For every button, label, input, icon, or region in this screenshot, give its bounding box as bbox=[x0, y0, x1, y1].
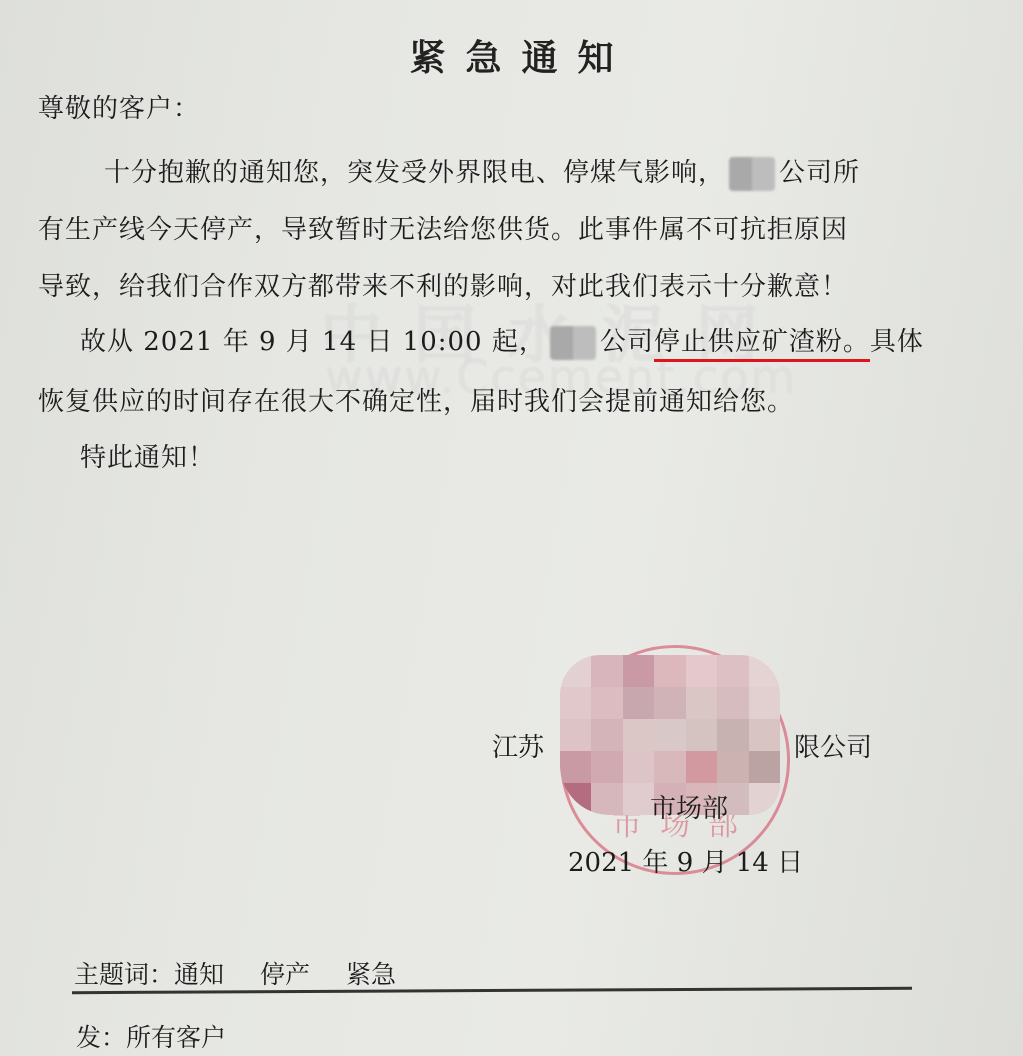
company-suffix: 限公司 bbox=[794, 733, 872, 763]
recipient-label: 发： bbox=[76, 1023, 126, 1052]
subject-keywords: 主题词：通知 停产 紧急 bbox=[74, 955, 396, 991]
salutation: 尊敬的客户： bbox=[38, 92, 200, 126]
signature-company: 江苏限公司 bbox=[492, 727, 872, 764]
paragraph-1-text-tail: 公司所 bbox=[779, 158, 860, 188]
keywords-label: 主题词： bbox=[74, 960, 174, 989]
notice-title: 紧急通知 bbox=[0, 30, 1023, 81]
paragraph-1-line-1: 十分抱歉的通知您，突发受外界限电、停煤气影响，公司所 bbox=[104, 156, 860, 191]
company-prefix: 江苏 bbox=[492, 733, 544, 763]
paragraph-1-line-2: 有生产线今天停产，导致暂时无法给您供货。此事件属不可抗拒原因 bbox=[38, 213, 848, 247]
paragraph-2-line-1: 故从 2021 年 9 月 14 日 10:00 起，公司停止供应矿渣粉。具体 bbox=[80, 325, 924, 360]
redacted-company-name bbox=[729, 157, 775, 191]
keyword: 通知 bbox=[174, 960, 224, 989]
recipient-value: 所有客户 bbox=[126, 1023, 226, 1052]
paragraph-1-text: 十分抱歉的通知您，突发受外界限电、停煤气影响， bbox=[104, 158, 725, 188]
keyword: 停产 bbox=[260, 960, 310, 989]
keyword: 紧急 bbox=[346, 960, 396, 989]
closing-remark: 特此通知！ bbox=[80, 441, 215, 475]
company-word: 公司 bbox=[600, 327, 654, 357]
signature-department: 市场部 bbox=[650, 788, 728, 825]
highlighted-stop-supply: 停止供应矿渣粉。 bbox=[654, 327, 870, 362]
recipient-line: 发：所有客户 bbox=[76, 1018, 226, 1054]
paragraph-2-date-text: 故从 2021 年 9 月 14 日 10:00 起， bbox=[80, 327, 546, 357]
paragraph-2-line-2: 恢复供应的时间存在很大不确定性，届时我们会提前通知给您。 bbox=[38, 385, 794, 419]
paragraph-2-tail: 具体 bbox=[870, 327, 924, 357]
signature-date: 2021 年 9 月 14 日 bbox=[568, 842, 803, 879]
redacted-company-name bbox=[550, 326, 596, 360]
